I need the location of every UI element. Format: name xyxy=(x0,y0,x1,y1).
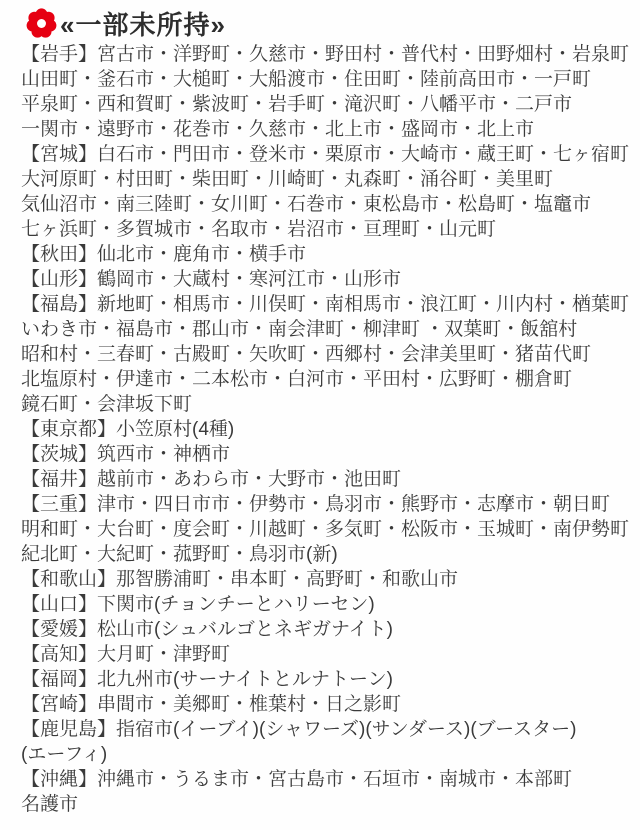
municipality-line: 【福島】新地町・相馬市・川俣町・南相馬市・浪江町・川内村・楢葉町 xyxy=(21,292,634,317)
municipality-line: 【三重】津市・四日市市・伊勢市・鳥羽市・熊野市・志摩市・朝日町 xyxy=(21,492,634,517)
municipality-line: 平泉町・西和賀町・紫波町・岩手町・滝沢町・八幡平市・二戸市 xyxy=(21,92,634,117)
municipality-line: 鏡石町・会津坂下町 xyxy=(21,392,634,417)
municipality-line: 【岩手】宮古市・洋野町・久慈市・野田村・普代村・田野畑村・岩泉町 xyxy=(21,42,634,67)
flower-icon xyxy=(26,8,57,39)
municipality-line: 昭和村・三春町・古殿町・矢吹町・西郷村・会津美里町・猪苗代町 xyxy=(21,342,634,367)
municipality-line: 【宮崎】串間市・美郷町・椎葉村・日之影町 xyxy=(21,692,634,717)
document-page: «一部未所持» 【岩手】宮古市・洋野町・久慈市・野田村・普代村・田野畑村・岩泉町… xyxy=(0,0,640,830)
municipality-line: 大河原町・村田町・柴田町・川崎町・丸森町・涌谷町・美里町 xyxy=(21,167,634,192)
municipality-line: 【愛媛】松山市(シュバルゴとネギガナイト) xyxy=(21,617,634,642)
municipality-line: 名護市 xyxy=(21,792,634,817)
municipality-line: 北塩原村・伊達市・二本松市・白河市・平田村・広野町・棚倉町 xyxy=(21,367,634,392)
municipality-list: 【岩手】宮古市・洋野町・久慈市・野田村・普代村・田野畑村・岩泉町山田町・釜石市・… xyxy=(0,41,640,817)
municipality-line: 一関市・遠野市・花巻市・久慈市・北上市・盛岡市・北上市 xyxy=(21,117,634,142)
municipality-line: 【高知】大月町・津野町 xyxy=(21,642,634,667)
municipality-line: 【福井】越前市・あわら市・大野市・池田町 xyxy=(21,467,634,492)
municipality-line: 【山口】下関市(チョンチーとハリーセン) xyxy=(21,592,634,617)
municipality-line: 【秋田】仙北市・鹿角市・横手市 xyxy=(21,242,634,267)
municipality-line: 【和歌山】那智勝浦町・串本町・高野町・和歌山市 xyxy=(21,567,634,592)
municipality-line: 【東京都】小笠原村(4種) xyxy=(21,417,634,442)
municipality-line: 【茨城】筑西市・神栖市 xyxy=(21,442,634,467)
municipality-line: 気仙沼市・南三陸町・女川町・石巻市・東松島市・松島町・塩竈市 xyxy=(21,192,634,217)
municipality-line: 明和町・大台町・度会町・川越町・多気町・松阪市・玉城町・南伊勢町 xyxy=(21,517,634,542)
municipality-line: 【鹿児島】指宿市(イーブイ)(シャワーズ)(サンダース)(ブースター) xyxy=(21,717,634,742)
municipality-line: 【沖縄】沖縄市・うるま市・宮古島市・石垣市・南城市・本部町 xyxy=(21,767,634,792)
municipality-line: 紀北町・大紀町・菰野町・鳥羽市(新) xyxy=(21,542,634,567)
municipality-line: 【福岡】北九州市(サーナイトとルナトーン) xyxy=(21,667,634,692)
page-title: «一部未所持» xyxy=(60,5,226,42)
municipality-line: いわき市・福島市・郡山市・南会津町・柳津町 ・双葉町・飯舘村 xyxy=(21,317,634,342)
municipality-line: 【宮城】白石市・門田市・登米市・栗原市・大崎市・蔵王町・七ヶ宿町 xyxy=(21,142,634,167)
municipality-line: 山田町・釜石市・大槌町・大船渡市・住田町・陸前高田市・一戸町 xyxy=(21,67,634,92)
page-header: «一部未所持» xyxy=(0,0,640,41)
municipality-line: 【山形】鶴岡市・大蔵村・寒河江市・山形市 xyxy=(21,267,634,292)
municipality-line: (エーフィ) xyxy=(21,742,634,767)
municipality-line: 七ヶ浜町・多賀城市・名取市・岩沼市・亘理町・山元町 xyxy=(21,217,634,242)
